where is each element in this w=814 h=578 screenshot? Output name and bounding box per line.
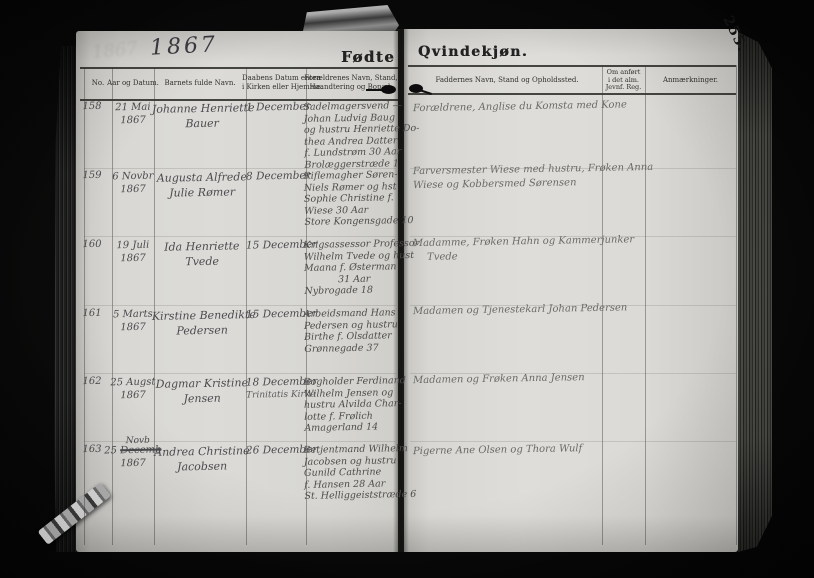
entry-number: 160 (80, 239, 104, 250)
register-row: 162 25 Augst 1867 Dagmar Kristine Jensen… (0, 376, 814, 377)
column-divider (112, 67, 113, 545)
child-name: Dagmar Kristine Jensen (152, 375, 253, 407)
parents-entry: Betjentmand Wilhelm Jacobsen og hustru G… (304, 443, 405, 502)
entry-number: 163 (80, 444, 104, 455)
column-header-date: Aar og Datum. (103, 79, 163, 88)
book-fore-edge (54, 46, 78, 552)
page-stack-edge (738, 32, 772, 552)
column-header-name: Barnets fulde Navn. (155, 79, 245, 88)
entry-number: 159 (80, 170, 104, 181)
register-row: 161 5 Marts 1867 Kirstine Benedikte Pede… (0, 308, 814, 309)
entry-number: 161 (80, 308, 104, 319)
table-rule (408, 65, 736, 67)
parents-entry: Arbeidsmand Hans Pedersen og hustru Birt… (304, 307, 405, 355)
child-name: Andrea Christine Jacobsen (152, 443, 253, 475)
child-name: Augusta Alfrede Julie Rømer (152, 169, 253, 201)
ink-mark-right (409, 84, 435, 96)
entry-number: 158 (80, 101, 104, 112)
table-rule (408, 93, 736, 95)
row-separator (84, 236, 396, 237)
column-divider (736, 65, 737, 545)
qvindekjon-heading: Qvindekjøn. (418, 44, 528, 60)
column-header-baptism: Daabens Datum enten i Kirken eller Hjemm… (242, 74, 310, 91)
binder-clip-top (303, 5, 399, 31)
register-row: 163 25 Decemb Novb 1867 Andrea Christine… (0, 444, 814, 445)
column-divider (246, 67, 247, 545)
child-name: Ida Henriette Tvede (152, 238, 253, 270)
column-header-godparents: Faddernes Navn, Stand og Opholdssted. (412, 76, 602, 85)
year-heading: 1867 (149, 32, 218, 61)
godparents-entry: Farversmester Wiese med hustru, Frøken A… (413, 161, 658, 193)
register-row: 160 19 Juli 1867 Ida Henriette Tvede 15 … (0, 239, 814, 240)
child-name: Kirstine Benedikte Pedersen (152, 307, 253, 339)
parents-entry: Krigsassessor Professor Wilhelm Tvede og… (304, 238, 405, 297)
register-row: 159 6 Novbr 1867 Augusta Alfrede Julie R… (0, 170, 814, 171)
column-divider (84, 67, 85, 545)
parents-entry: Bogholder Ferdinand Wilhelm Jensen og hu… (304, 375, 405, 434)
row-separator (84, 373, 396, 374)
column-header-remarks: Anmærkninger. (645, 76, 736, 85)
godparents-entry: Madamme, Frøken Hahn og Kammerjunker Tve… (413, 233, 658, 265)
scan-background: 1867 1867 Fødte Qvindekjøn. 255. No. Aar… (0, 0, 814, 578)
parents-entry: Riflemagher Søren- Niels Rømer og hst So… (304, 169, 405, 228)
fodte-heading: Fødte (341, 48, 395, 66)
register-row: 158 21 Mai 1867 Johanne Henriette Bauer … (0, 101, 814, 102)
row-separator (84, 305, 396, 306)
child-name: Johanne Henriette Bauer (152, 100, 253, 132)
column-header-register: Om anført i det alm. Jevnf. Reg. (602, 69, 645, 92)
entry-number: 162 (80, 376, 104, 387)
ink-mark-left (366, 85, 396, 95)
parents-entry: Sadelmagersvend — Johan Ludvig Baug og h… (303, 100, 404, 171)
corrected-month: Novb (126, 435, 150, 448)
table-rule (80, 67, 398, 69)
